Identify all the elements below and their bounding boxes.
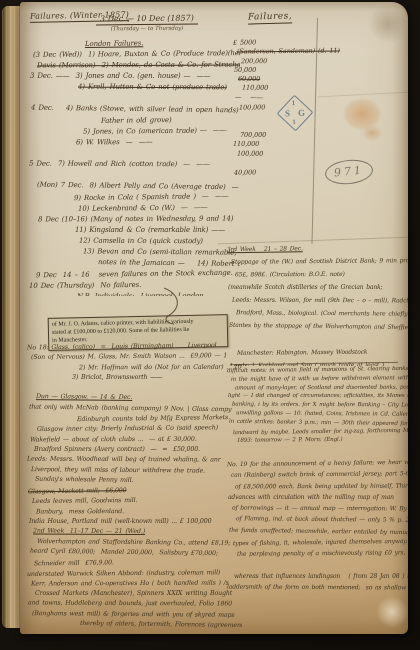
notes-paragraph-bottom: No. 19 for the announcement of a heavy f… <box>226 458 408 598</box>
manuscript-line <box>230 559 408 571</box>
manuscript-line: 11) Kingsland & Co (remarkable link) —— <box>75 225 240 236</box>
manuscript-line: 700,000 <box>240 131 342 140</box>
handwritten-brace-flourish <box>160 286 186 326</box>
stamp-numeral-bottom: 1 <box>292 118 296 126</box>
manuscript-line: 65£, 898£. (Circulation: B.O.E. note) <box>235 268 408 282</box>
manuscript-page: Failures. (Winter 1857) 3 Dec — 10 Dec (… <box>20 2 408 634</box>
manuscript-line: 6) W. Wilkes — —— <box>76 137 240 149</box>
manuscript-line: (meanwhile Scotch distilleries of the Gr… <box>228 281 408 294</box>
third-week-notes: 3rd Week 21 – 28 Dec.Stoppage of the (W.… <box>226 242 408 366</box>
manuscript-line: 4) Krell, Hutton & Co not (produce trade… <box>78 82 240 94</box>
manuscript-line: can (Rainberg) switch brink of commercia… <box>231 468 408 481</box>
manuscript-line: 200,000 <box>241 56 342 66</box>
stamp-numeral-top: 1 <box>292 99 296 107</box>
manuscript-line: Wakefield — about of cloth clubs ... — a… <box>30 434 242 445</box>
manuscript-line: 3) Briclot, Brownsworth —— <box>72 373 242 383</box>
manuscript-line: 8 Dec (10–16) (Many of notes in Wednesda… <box>38 214 240 226</box>
manuscript-line: 2) Mr. Hoffman will do (Not for an Calen… <box>79 362 242 373</box>
date-range-heading: 3 Dec — 10 Dec (1857) (Thursday — to Thu… <box>96 14 198 33</box>
manuscript-line: N.B. Individuals: Liverpool, London <box>77 291 240 296</box>
page-title-right: Failures, <box>248 11 292 24</box>
manuscript-line: Kerr, Anderson and Co-operatives Ho ( bo… <box>31 578 242 589</box>
manuscript-line: of £8,500,000 each. Bank being updated b… <box>235 480 408 492</box>
manuscript-line: Davis (Morrison) 2) Mendes, da Costa & C… <box>37 60 240 72</box>
library-stamp: S G 1 1 <box>277 95 312 130</box>
manuscript-line: advances with circulation with the milli… <box>228 492 408 503</box>
manuscript-line: Banbury, mess Goldenland. <box>36 506 242 517</box>
manuscript-line: thereby of alders, fortermith, Florences… <box>80 619 242 630</box>
manuscript-line: Leeds: Messrs. Wilson, for mill (9th Dec… <box>232 294 408 308</box>
failures-entries-top: London Failures.(3 Dec (Wed)) 1) Hoare, … <box>28 38 240 296</box>
photographed-book-scene: Failures. (Winter 1857) 3 Dec — 10 Dec (… <box>0 0 420 650</box>
manuscript-line: 3 Dec. —— 3) Jones and Co. (gen. house) … <box>30 71 240 82</box>
manuscript-line: 110,000 <box>233 140 342 150</box>
stamp-letter-right: G <box>298 108 305 118</box>
book-page-edges <box>2 6 22 628</box>
manuscript-line <box>36 148 240 159</box>
manuscript-line: whereas that influences landingson ( fro… <box>234 571 408 582</box>
stamp-letter-left: S <box>285 108 290 118</box>
date-range-text: 3 Dec — 10 Dec (1857) <box>96 14 198 26</box>
notes-paragraph-dense: difficult notes: in woman field of mansi… <box>226 366 408 450</box>
date-range-subtext: (Thursday — to Thursday) <box>96 26 198 33</box>
manuscript-line: laddersmith of the form on both mentione… <box>227 582 408 594</box>
manuscript-line: (Sanderson, Sandeman) (d. 11) <box>237 47 342 57</box>
manuscript-line: the perplexing penalty of a mischievousl… <box>237 548 408 561</box>
failures-entries-bottom: No 18: Glass. (calico) = Louis (Birmingh… <box>26 342 242 630</box>
manuscript-line: (Son of Nervous) M. Glass, Mr. Smith Wat… <box>31 351 242 363</box>
manuscript-line: amount of many-layer, of Scotland and di… <box>235 383 408 393</box>
manuscript-line: Manchester: Rabington, Massey Woodstock <box>237 345 408 360</box>
manuscript-line: 50,000 <box>234 66 342 75</box>
manuscript-line: Stoppage of the (W.) and Scottish Distri… <box>231 254 408 269</box>
manuscript-line: 1893: tomorrow — 2 P. Morn: (Engl.) <box>237 436 408 446</box>
